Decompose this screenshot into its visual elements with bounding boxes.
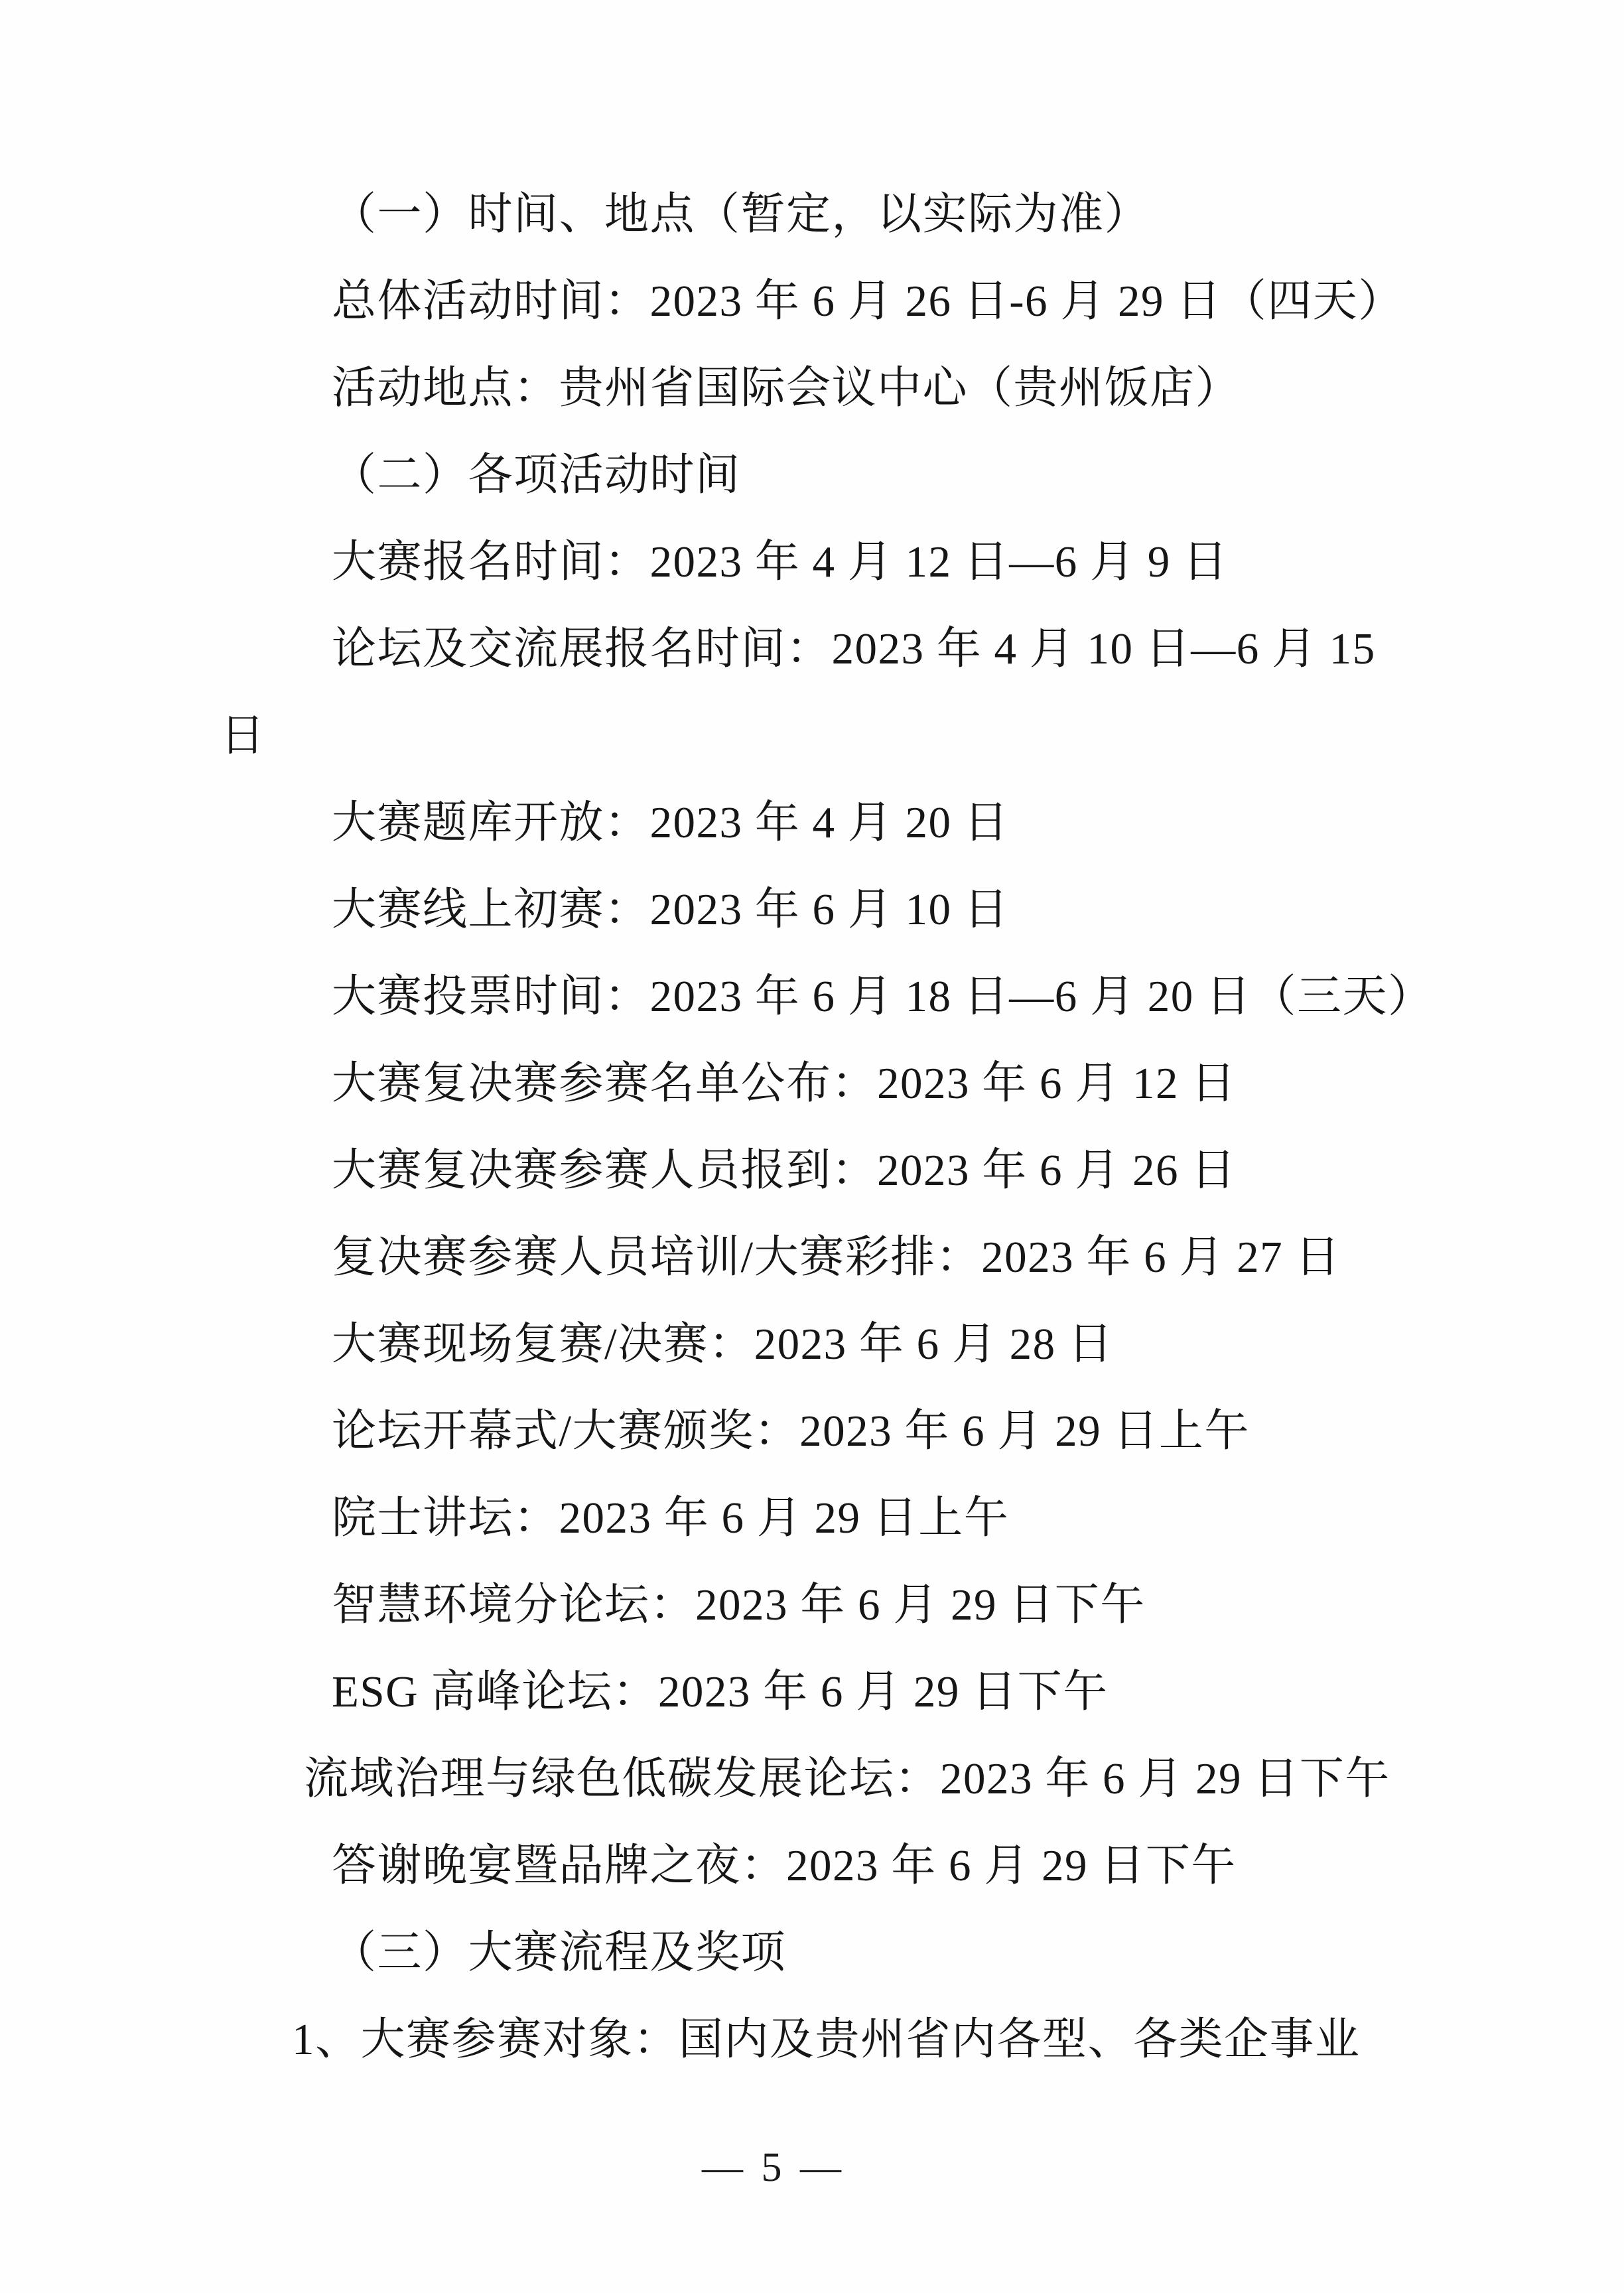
section-three-heading: （三）大赛流程及奖项 [220, 1910, 1481, 1996]
section-one-heading: （一）时间、地点（暂定，以实际为准） [220, 171, 1481, 258]
overall-activity-time: 总体活动时间：2023 年 6 月 26 日-6 月 29 日（四天） [220, 258, 1481, 345]
academician-forum-date: 院士讲坛：2023 年 6 月 29 日上午 [220, 1475, 1481, 1562]
smart-environment-subforum-date: 智慧环境分论坛：2023 年 6 月 29 日下午 [220, 1562, 1481, 1649]
online-preliminary-date: 大赛线上初赛：2023 年 6 月 10 日 [220, 867, 1481, 953]
onsite-semifinal-final-date: 大赛现场复赛/决赛：2023 年 6 月 28 日 [220, 1301, 1481, 1388]
forum-registration-time: 论坛及交流展报名时间：2023 年 4 月 10 日—6 月 15 [220, 606, 1481, 693]
esg-summit-forum-date: ESG 高峰论坛：2023 年 6 月 29 日下午 [220, 1649, 1481, 1736]
competition-registration-time: 大赛报名时间：2023 年 4 月 12 日—6 月 9 日 [220, 519, 1481, 606]
training-rehearsal-date: 复决赛参赛人员培训/大赛彩排：2023 年 6 月 27 日 [220, 1214, 1481, 1301]
gala-dinner-brand-night-date: 答谢晚宴暨品牌之夜：2023 年 6 月 29 日下午 [220, 1823, 1481, 1910]
section-two-heading: （二）各项活动时间 [220, 432, 1481, 519]
voting-period: 大赛投票时间：2023 年 6 月 18 日—6 月 20 日（三天） [220, 953, 1481, 1040]
forum-registration-time-continuation: 日 [220, 693, 1481, 780]
page-number: — 5 — [0, 2144, 1624, 2191]
document-body: （一）时间、地点（暂定，以实际为准） 总体活动时间：2023 年 6 月 26 … [220, 171, 1481, 2083]
watershed-governance-forum-date: 流域治理与绿色低碳发展论坛：2023 年 6 月 29 日下午 [220, 1736, 1481, 1823]
scanned-document-page: （一）时间、地点（暂定，以实际为准） 总体活动时间：2023 年 6 月 26 … [0, 0, 1624, 2293]
forum-opening-awards-date: 论坛开幕式/大赛颁奖：2023 年 6 月 29 日上午 [220, 1388, 1481, 1475]
finalist-checkin-date: 大赛复决赛参赛人员报到：2023 年 6 月 26 日 [220, 1127, 1481, 1214]
activity-location: 活动地点：贵州省国际会议中心（贵州饭店） [220, 345, 1481, 432]
question-bank-open-date: 大赛题库开放：2023 年 4 月 20 日 [220, 780, 1481, 867]
participant-scope-item: 1、大赛参赛对象：国内及贵州省内各型、各类企事业 [220, 1996, 1481, 2083]
finalist-list-announcement: 大赛复决赛参赛名单公布：2023 年 6 月 12 日 [220, 1040, 1481, 1127]
